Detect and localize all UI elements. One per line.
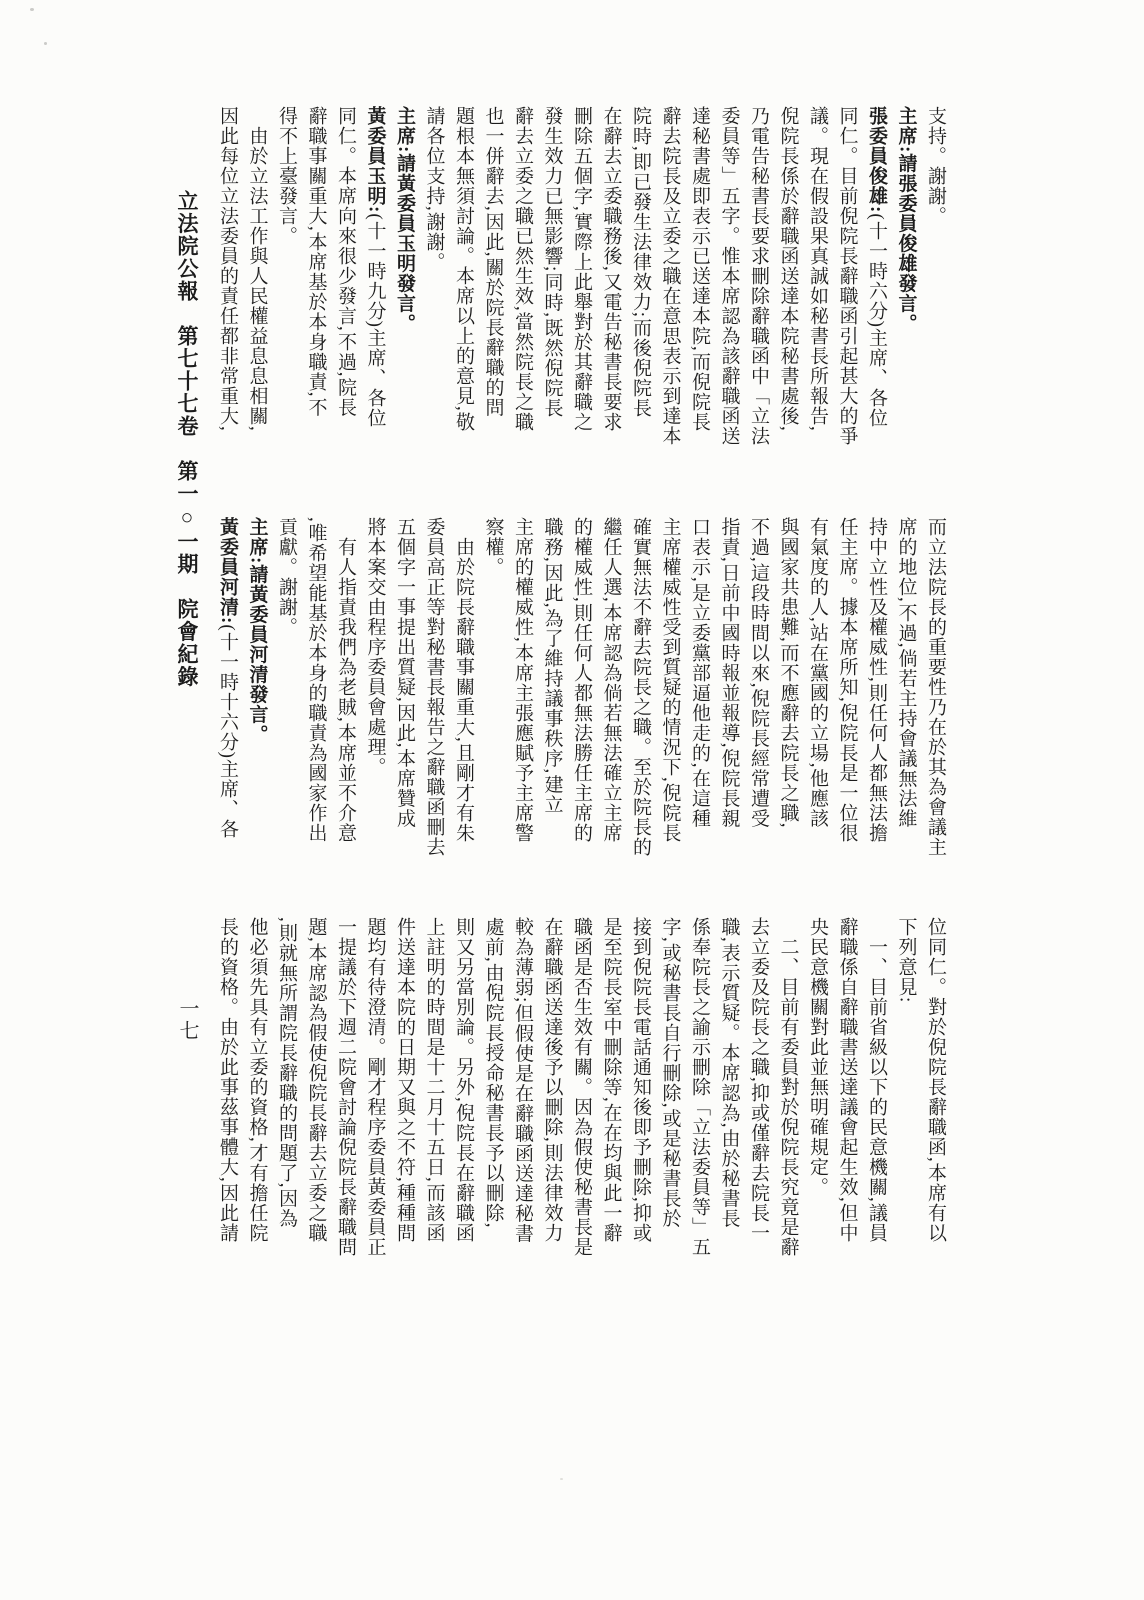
text-column: 長的資格。由於此事茲事體大,因此請	[213, 917, 243, 1259]
text-column: ,則就無所謂院長辭職的問題了,因為	[272, 917, 302, 1259]
text-column: 刪除五個字,實際上此舉對於其辭職之	[567, 106, 597, 468]
text-column: 較為薄弱;但假使是在辭職函送達秘書	[508, 917, 538, 1259]
text-column: 有氣度的人,站在黨國的立場,他應該	[803, 517, 833, 865]
text-column: 一、目前省級以下的民意機關,議員	[862, 917, 892, 1259]
scan-speck	[560, 1478, 563, 1480]
text-column: 職函是否生效有關。因為假使秘書長是	[567, 917, 597, 1259]
text-column: 指責,日前中國時報並報導,倪院長親	[714, 517, 744, 865]
text-column: 議。現在假設果真誠如秘書長所報告,	[803, 106, 833, 468]
scan-speck	[30, 8, 34, 11]
text-column: 辭職事關重大,本席基於本身職責,不	[301, 106, 331, 468]
text-column: 貢獻。謝謝。	[272, 517, 302, 865]
page-number: 一七	[174, 998, 200, 1042]
scan-speck	[44, 42, 47, 45]
text-column: 口表示,是立委黨部逼他走的,在這種	[685, 517, 715, 865]
text-column: 件送達本院的日期又與之不符,種種問	[390, 917, 420, 1259]
text-column: 是至院長室中刪除等,在在均與此一辭	[596, 917, 626, 1259]
text-column: 位同仁。對於倪院長辭職函,本席有以	[921, 917, 951, 1259]
text-column: 也一併辭去,因此,關於院長辭職的問	[478, 106, 508, 468]
text-column: 主席的權威性,本席主張應賦予主席警	[508, 517, 538, 865]
running-title: 立法院公報 第七十七卷 第一○一期 院會紀錄	[172, 190, 202, 590]
text-column: 二、目前有委員對於倪院長究竟是辭	[773, 917, 803, 1259]
text-column: 而立法院長的重要性乃在於其為會議主	[921, 517, 951, 865]
text-column: ,唯希望能基於本身的職責為國家作出	[301, 517, 331, 865]
text-register-bottom: 位同仁。對於倪院長辭職函,本席有以下列意見: 一、目前省級以下的民意機關,議員辭…	[213, 917, 951, 1259]
text-column: 主席:請黃委員河清發言。	[242, 517, 272, 865]
text-column: 將本案交由程序委員會處理。	[360, 517, 390, 865]
text-column: 支持。謝謝。	[921, 106, 951, 468]
text-column: 委員高正等對秘書長報告之辭職函刪去	[419, 517, 449, 865]
text-column: 院時,即已發生法律效力;而後倪院長	[626, 106, 656, 468]
text-column: 黃委員河清:(十一時十六分)主席、各	[213, 517, 243, 865]
gazette-page: 立法院公報 第七十七卷 第一○一期 院會紀錄 一七 支持。謝謝。主席:請張委員俊…	[0, 0, 1144, 1600]
text-column: 有人指責我們為老賊,本席並不介意	[331, 517, 361, 865]
text-column: 達秘書處即表示已送達本院,而倪院長	[685, 106, 715, 468]
text-column: 題,本席認為假使倪院長辭去立委之職	[301, 917, 331, 1259]
text-column: 任主席。據本席所知,倪院長是一位很	[832, 517, 862, 865]
text-column: 由於院長辭職事關重大,且剛才有朱	[449, 517, 479, 865]
text-column: 他必須先具有立委的資格,才有擔任院	[242, 917, 272, 1259]
text-column: 乃電告秘書長要求刪除辭職函中「立法	[744, 106, 774, 468]
text-column: 由於立法工作與人民權益息息相關,	[242, 106, 272, 468]
text-column: 察權。	[478, 517, 508, 865]
text-column: 持中立性及權威性,則任何人都無法擔	[862, 517, 892, 865]
text-column: 字,或秘書長自行刪除,或是秘書長於	[655, 917, 685, 1259]
text-column: 在辭職函送達後予以刪除,則法律效力	[537, 917, 567, 1259]
text-column: 同仁。本席向來很少發言,不過,院長	[331, 106, 361, 468]
scan-speck	[903, 166, 906, 170]
text-column: 確實無法不辭去院長之職。至於院長的	[626, 517, 656, 865]
text-column: 在辭去立委職務後,又電告秘書長要求	[596, 106, 626, 468]
text-column: 主席:請黃委員玉明發言。	[390, 106, 420, 468]
text-column: 職,表示質疑。本席認為,由於秘書長	[714, 917, 744, 1259]
text-column: 委員等」五字。惟本席認為該辭職函送	[714, 106, 744, 468]
text-column: 接到倪院長電話通知後即予刪除,抑或	[626, 917, 656, 1259]
text-column: 主席權威性受到質疑的情況下,倪院長	[655, 517, 685, 865]
text-column: 題均有待澄清。剛才程序委員黃委員正	[360, 917, 390, 1259]
text-column: 不過,這段時間以來,倪院長經常遭受	[744, 517, 774, 865]
text-column: 則又另當別論。另外,倪院長在辭職函	[449, 917, 479, 1259]
text-column: 繼任人選,本席認為倘若無法確立主席	[596, 517, 626, 865]
text-register-top: 支持。謝謝。主席:請張委員俊雄發言。張委員俊雄:(十一時六分)主席、各位同仁。目…	[213, 106, 951, 468]
text-column: 去立委及院長之職,抑或僅辭去院長一	[744, 917, 774, 1259]
text-column: 的權威性,則任何人都無法勝任主席的	[567, 517, 597, 865]
text-column: 央民意機關對此並無明確規定。	[803, 917, 833, 1259]
text-column: 張委員俊雄:(十一時六分)主席、各位	[862, 106, 892, 468]
text-column: 倪院長係於辭職函送達本院秘書處後,	[773, 106, 803, 468]
text-column: 同仁。目前倪院長辭職函引起甚大的爭	[832, 106, 862, 468]
text-column: 題根本無須討論。本席以上的意見,敬	[449, 106, 479, 468]
text-column: 上註明的時間是十二月十五日,而該函	[419, 917, 449, 1259]
text-column: 席的地位,不過,倘若主持會議無法維	[891, 517, 921, 865]
text-column: 黃委員玉明:(十一時九分)主席、各位	[360, 106, 390, 468]
text-column: 主席:請張委員俊雄發言。	[891, 106, 921, 468]
text-column: 得不上臺發言。	[272, 106, 302, 468]
text-column: 係奉院長之諭示刪除「立法委員等」五	[685, 917, 715, 1259]
text-column: 辭去立委之職已然生效,當然院長之職	[508, 106, 538, 468]
text-column: 發生效力已無影響;同時,既然倪院長	[537, 106, 567, 468]
text-column: 五個字一事提出質疑,因此,本席贊成	[390, 517, 420, 865]
text-column: 辭去院長及立委之職在意思表示到達本	[655, 106, 685, 468]
text-column: 一提議於下週二院會討論倪院長辭職問	[331, 917, 361, 1259]
text-column: 與國家共患難,而不應辭去院長之職,	[773, 517, 803, 865]
text-column: 下列意見:	[891, 917, 921, 1259]
text-column: 因此每位立法委員的責任都非常重大,	[213, 106, 243, 468]
text-column: 辭職係自辭職書送達議會起生效,但中	[832, 917, 862, 1259]
text-column: 處前,由倪院長授命秘書長予以刪除,	[478, 917, 508, 1259]
text-column: 請各位支持,謝謝。	[419, 106, 449, 468]
text-register-middle: 而立法院長的重要性乃在於其為會議主席的地位,不過,倘若主持會議無法維持中立性及權…	[213, 517, 951, 865]
text-column: 職務,因此,為了維持議事秩序,建立	[537, 517, 567, 865]
